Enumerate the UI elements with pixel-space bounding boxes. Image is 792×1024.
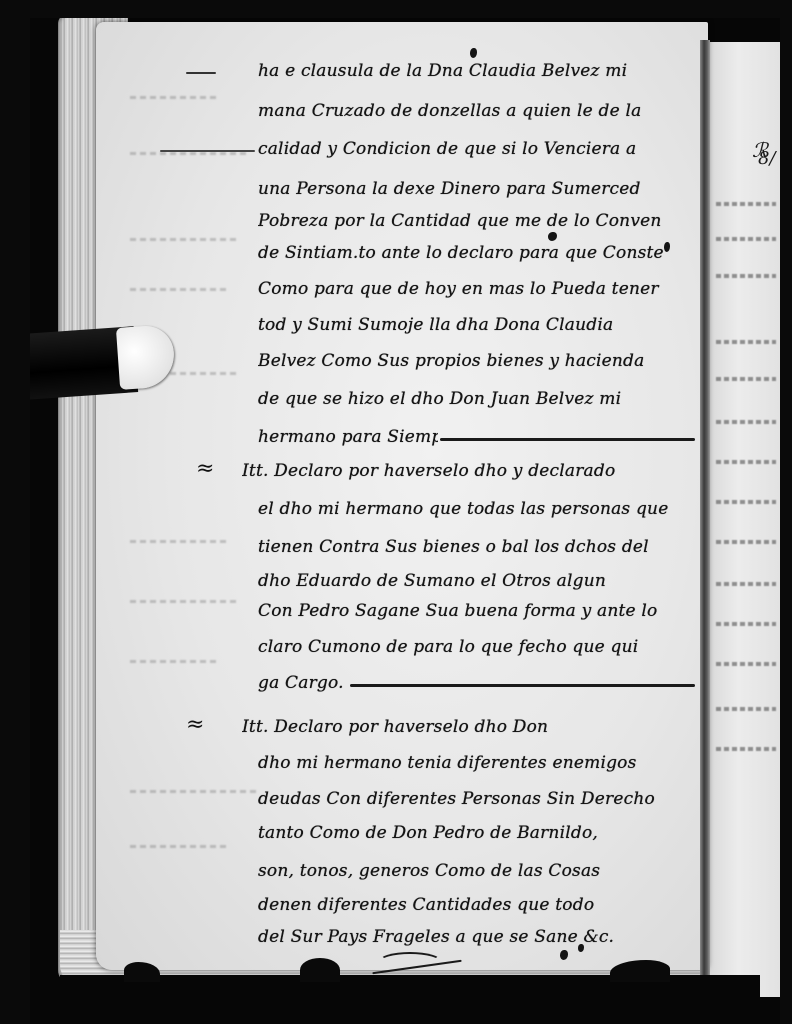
manuscript-line: hermano para Siempre Jamas — [258, 426, 438, 448]
manuscript-line: dho Eduardo de Sumano el Otros algun — [258, 570, 703, 592]
bleed-through — [130, 845, 230, 848]
item-margin-mark: ≈ — [186, 712, 204, 737]
manuscript-line: Pobreza por la Cantidad que me de lo Con… — [258, 210, 703, 232]
scan-left-border — [0, 0, 30, 1024]
manuscript-line: mana Cruzado de donzellas a quien le de … — [258, 100, 703, 122]
item-margin-mark: ≈ — [196, 456, 214, 481]
margin-rule — [160, 150, 255, 152]
folio-number-mark: 8/ — [758, 148, 776, 169]
manuscript-line: una Persona la dexe Dinero para Sumerced — [258, 178, 703, 200]
manuscript-line: tanto Como de Don Pedro de Barnildo, — [258, 822, 703, 844]
margin-rule — [186, 72, 216, 74]
manuscript-line: dho mi hermano tenia diferentes enemigos — [258, 752, 703, 774]
line-fill-rule — [440, 438, 695, 441]
line-fill-rule — [350, 684, 695, 687]
manuscript-line: tod y Sumi Sumoje lla dha Dona Claudia — [258, 314, 703, 336]
paper-loss — [300, 958, 340, 982]
manuscript-line: ha e clausula de la Dna Claudia Belvez m… — [258, 60, 703, 82]
scan-top-border — [0, 0, 792, 18]
manuscript-line: denen diferentes Cantidades que todo — [258, 894, 703, 916]
bleed-through — [130, 660, 220, 663]
scan-right-border — [780, 0, 792, 1024]
bleed-through — [130, 238, 240, 241]
manuscript-line: de que se hizo el dho Don Juan Belvez mi — [258, 388, 703, 410]
bleed-through — [130, 600, 240, 603]
bleed-through — [130, 96, 220, 99]
manuscript-line: claro Cumono de para lo que fecho que qu… — [258, 636, 703, 658]
bleed-through — [130, 152, 250, 155]
adjacent-page-strip — [710, 42, 780, 997]
manuscript-line: el dho mi hermano que todas las personas… — [258, 498, 703, 520]
manuscript-line: tienen Contra Sus bienes o bal los dchos… — [258, 536, 703, 558]
manuscript-item-heading: Itt. Declaro por haverselo dho Don — [242, 716, 687, 738]
manuscript-line: Belvez Como Sus propios bienes y haciend… — [258, 350, 703, 372]
manuscript-line: del Sur Pays Frageles a que se Sane &c. — [258, 926, 703, 948]
manuscript-line: Con Pedro Sagane Sua buena forma y ante … — [258, 600, 703, 622]
bleed-through — [130, 288, 230, 291]
manuscript-line: son, tonos, generos Como de las Cosas — [258, 860, 703, 882]
paper-loss — [610, 960, 670, 982]
torn-bottom-edge — [60, 975, 760, 1024]
manuscript-line: Como para que de hoy en mas lo Pueda ten… — [258, 278, 703, 300]
manuscript-line: deudas Con diferentes Personas Sin Derec… — [258, 788, 703, 810]
manuscript-line: de Sintiam.to ante lo declaro para que C… — [258, 242, 703, 264]
bleed-through — [130, 790, 260, 793]
bleed-through — [130, 540, 230, 543]
manuscript-line: ga Cargo. — [258, 672, 348, 694]
manuscript-item-heading: Itt. Declaro por haverselo dho y declara… — [242, 460, 687, 482]
manuscript-line: calidad y Condicion de que si lo Vencier… — [258, 138, 703, 160]
